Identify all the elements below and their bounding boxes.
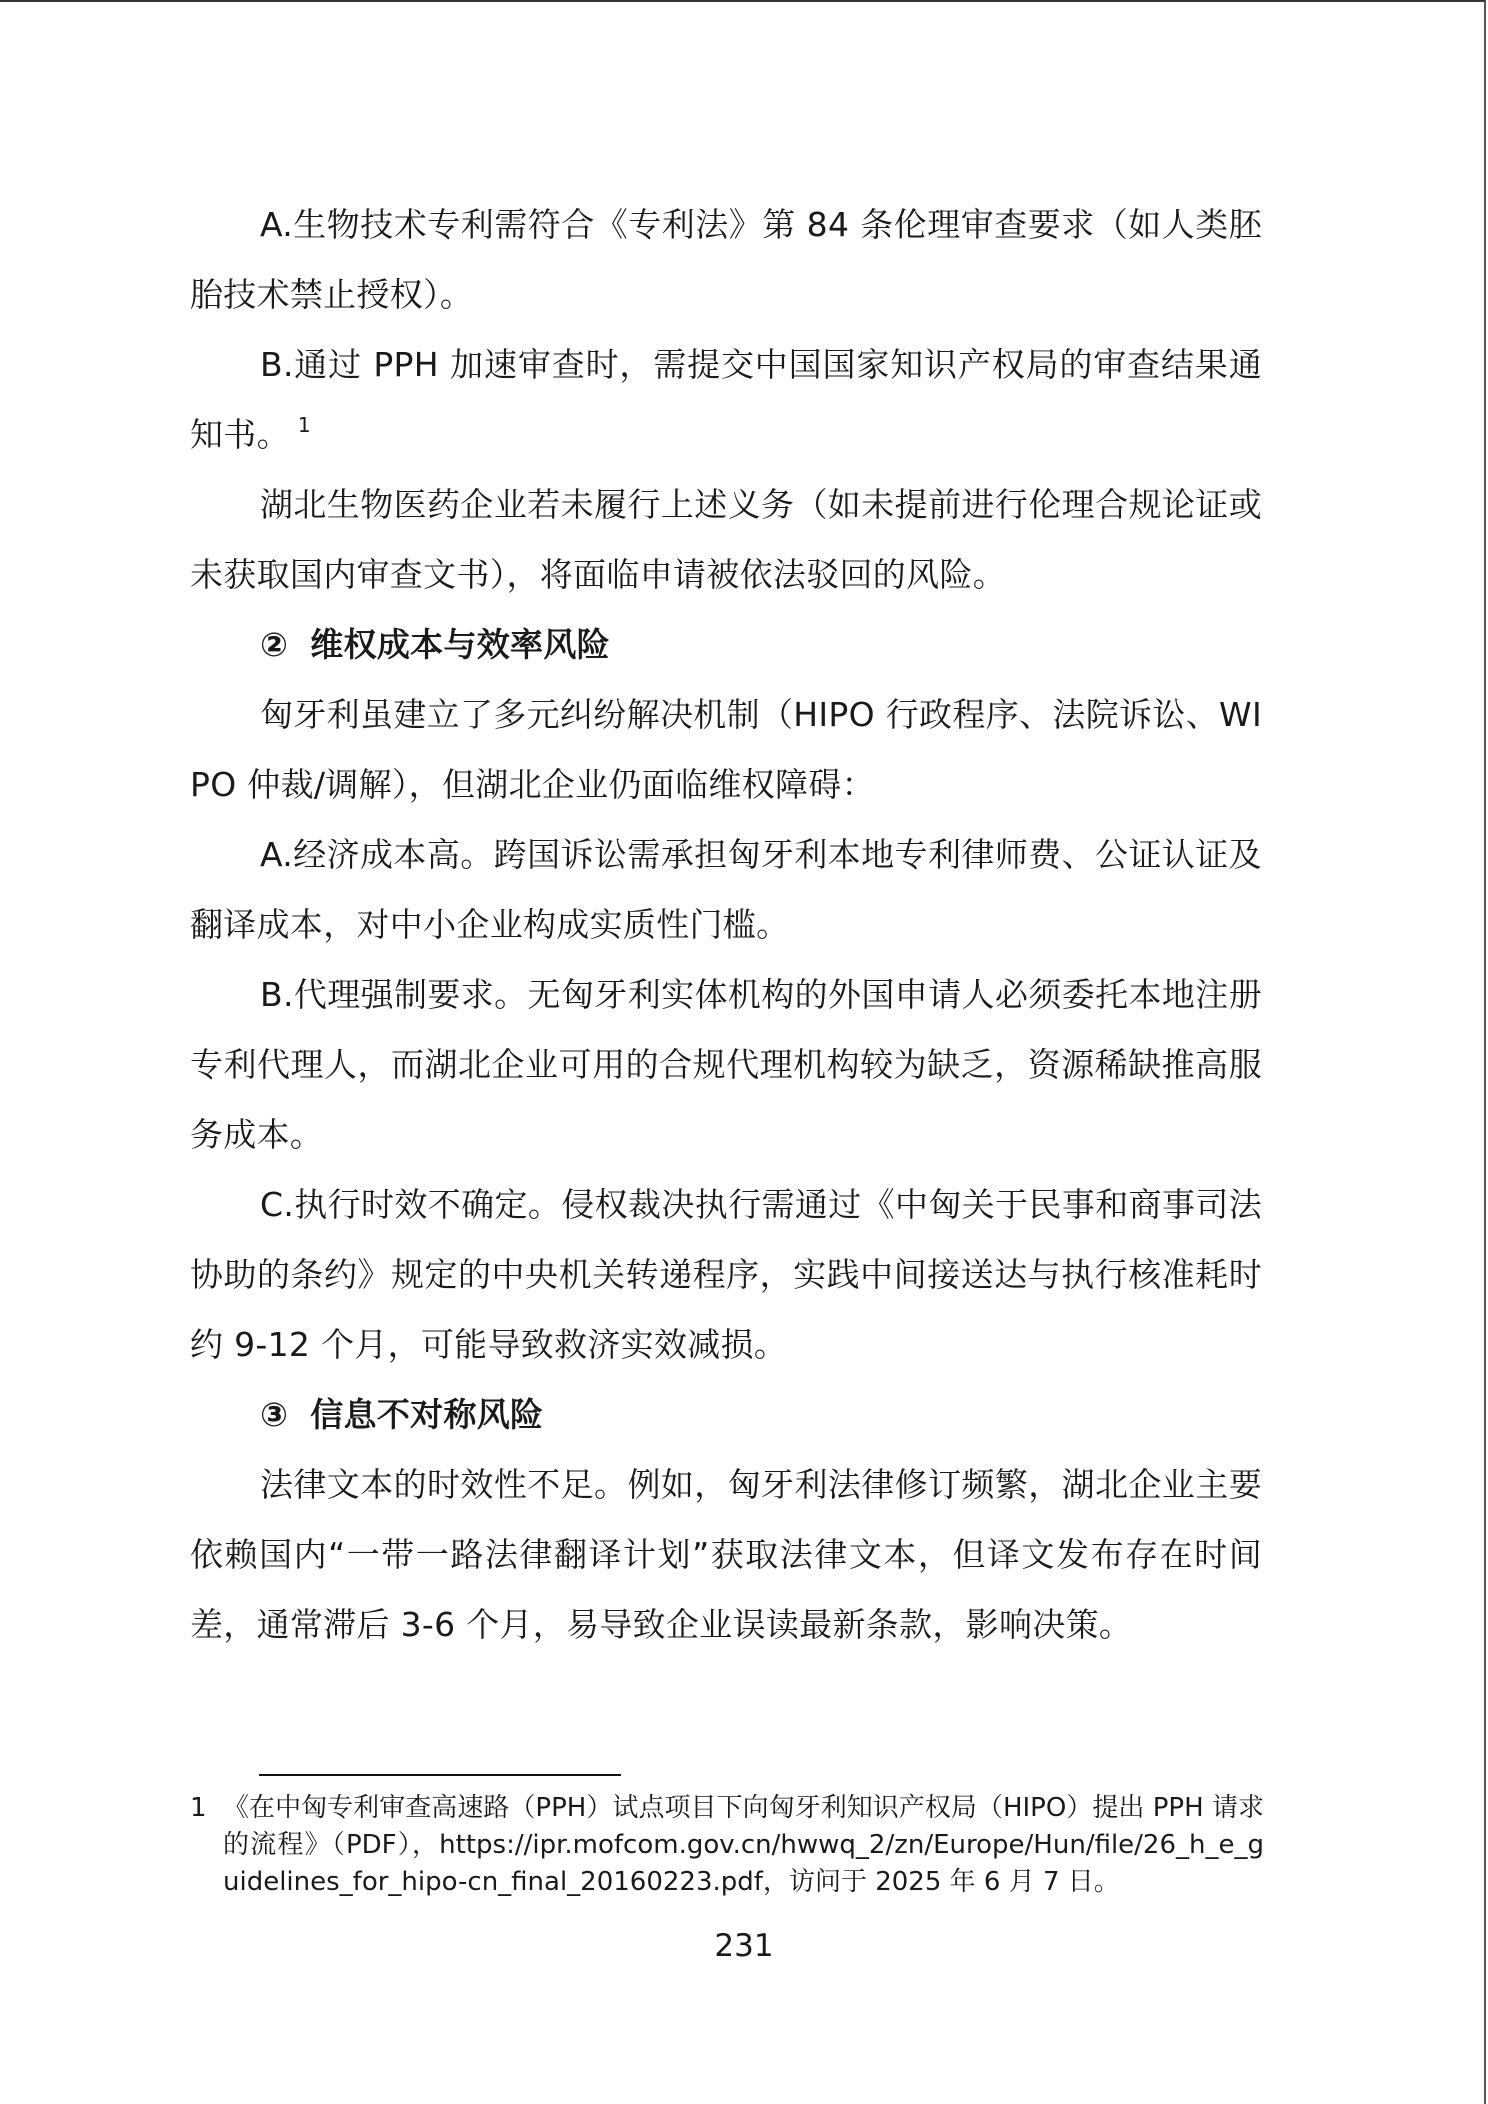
paragraph-c-enforcement-time: C.执行时效不确定。侵权裁决执行需通过《中匈关于民事和商事司法协助的条约》规定的…	[190, 1170, 1262, 1380]
paragraph-dispute-mechanisms: 匈牙利虽建立了多元纠纷解决机制（HIPO 行政程序、法院诉讼、WIPO 仲裁/调…	[190, 680, 1262, 820]
circled-number-three: ③	[260, 1395, 288, 1434]
circled-number-two: ②	[260, 625, 288, 664]
page-number: 231	[0, 1926, 1488, 1966]
paragraph-text: A.经济成本高。跨国诉讼需承担匈牙利本地专利律师费、公证认证及翻译成本，对中小企…	[190, 835, 1262, 944]
paragraph-rejection-risk: 湖北生物医药企业若未履行上述义务（如未提前进行伦理合规论证或未获取国内审查文书）…	[190, 470, 1262, 610]
footnote-separator	[259, 1774, 621, 1776]
footnote-reference[interactable]: 1	[298, 413, 311, 437]
paragraph-b-pph: B.通过 PPH 加速审查时，需提交中国国家知识产权局的审查结果通知书。1	[190, 330, 1262, 470]
paragraph-text: 匈牙利虽建立了多元纠纷解决机制（HIPO 行政程序、法院诉讼、WIPO 仲裁/调…	[190, 695, 1262, 804]
paragraph-text: B.通过 PPH 加速审查时，需提交中国国家知识产权局的审查结果通知书。	[190, 345, 1262, 454]
paragraph-text: B.代理强制要求。无匈牙利实体机构的外国申请人必须委托本地注册专利代理人，而湖北…	[190, 975, 1262, 1154]
paragraph-text: 湖北生物医药企业若未履行上述义务（如未提前进行伦理合规论证或未获取国内审查文书）…	[190, 485, 1262, 594]
footnotes: 1 《在中匈专利审查高速路（PPH）试点项目下向匈牙利知识产权局（HIPO）提出…	[190, 1790, 1264, 1901]
footnote-1: 1 《在中匈专利审查高速路（PPH）试点项目下向匈牙利知识产权局（HIPO）提出…	[190, 1790, 1264, 1901]
paragraph-b-agent-requirement: B.代理强制要求。无匈牙利实体机构的外国申请人必须委托本地注册专利代理人，而湖北…	[190, 960, 1262, 1170]
paragraph-legal-text-timeliness: 法律文本的时效性不足。例如，匈牙利法律修订频繁，湖北企业主要依赖国内“一带一路法…	[190, 1450, 1262, 1660]
paragraph-text: A.生物技术专利需符合《专利法》第 84 条伦理审查要求（如人类胚胎技术禁止授权…	[190, 205, 1262, 314]
paragraph-text: C.执行时效不确定。侵权裁决执行需通过《中匈关于民事和商事司法协助的条约》规定的…	[190, 1185, 1262, 1364]
footnote-text: 《在中匈专利审查高速路（PPH）试点项目下向匈牙利知识产权局（HIPO）提出 P…	[223, 1793, 1264, 1897]
paragraph-text: 法律文本的时效性不足。例如，匈牙利法律修订频繁，湖北企业主要依赖国内“一带一路法…	[190, 1465, 1262, 1644]
heading-text: 维权成本与效率风险	[310, 625, 610, 664]
footnote-number: 1	[190, 1790, 207, 1827]
heading-text: 信息不对称风险	[310, 1395, 543, 1434]
body-text: A.生物技术专利需符合《专利法》第 84 条伦理审查要求（如人类胚胎技术禁止授权…	[190, 190, 1262, 1660]
section-heading-enforcement-cost: ②维权成本与效率风险	[190, 610, 1262, 680]
section-heading-information-asymmetry: ③信息不对称风险	[190, 1380, 1262, 1450]
paragraph-a-economic-cost: A.经济成本高。跨国诉讼需承担匈牙利本地专利律师费、公证认证及翻译成本，对中小企…	[190, 820, 1262, 960]
paragraph-a-ethics: A.生物技术专利需符合《专利法》第 84 条伦理审查要求（如人类胚胎技术禁止授权…	[190, 190, 1262, 330]
